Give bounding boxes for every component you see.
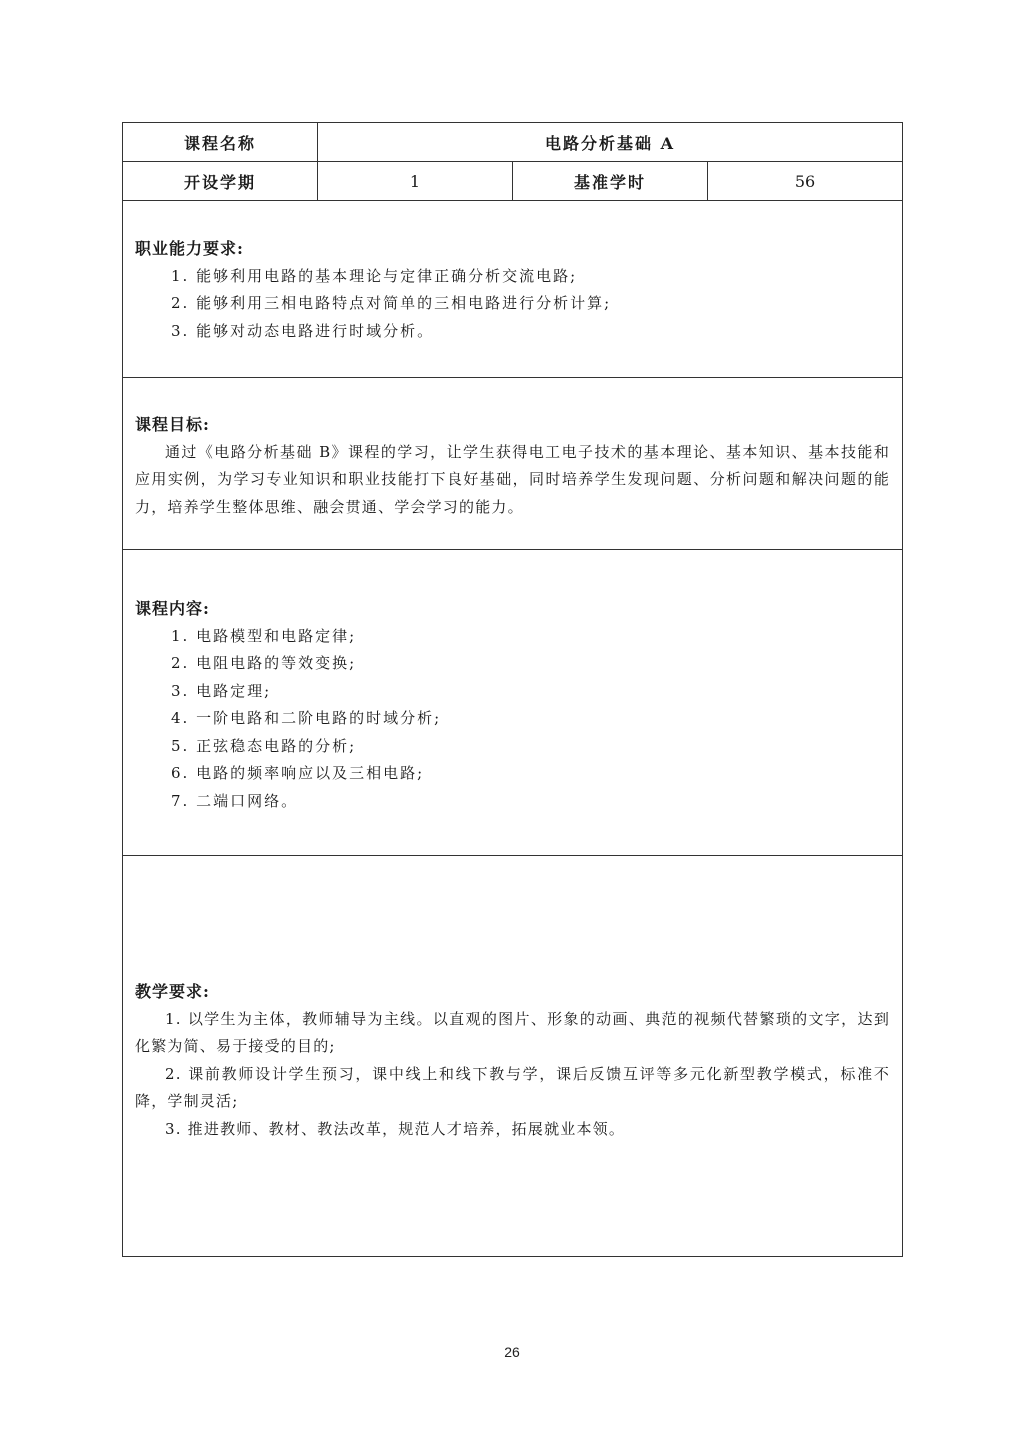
- hours-label: 基准学时: [513, 162, 708, 201]
- content-cell: 课程内容: 1. 电路模型和电路定律; 2. 电阻电路的等效变换; 3. 电路定…: [123, 550, 903, 856]
- objectives-row: 课程目标: 通过《电路分析基础 B》课程的学习，让学生获得电工电子技术的基本理论…: [123, 378, 903, 550]
- competency-item: 3. 能够对动态电路进行时域分析。: [135, 318, 890, 346]
- content-item: 6. 电路的频率响应以及三相电路;: [135, 760, 890, 788]
- teaching-title: 教学要求:: [135, 978, 890, 1006]
- content-item: 5. 正弦稳态电路的分析;: [135, 733, 890, 761]
- content-item: 1. 电路模型和电路定律;: [135, 623, 890, 651]
- course-table: 课程名称 电路分析基础 A 开设学期 1 基准学时 56 职业能力要求: 1. …: [122, 122, 903, 1257]
- content-item: 7. 二端口网络。: [135, 788, 890, 816]
- semester-value: 1: [318, 162, 513, 201]
- course-name-row: 课程名称 电路分析基础 A: [123, 123, 903, 162]
- content-item: 3. 电路定理;: [135, 678, 890, 706]
- teaching-section: 教学要求: 1. 以学生为主体，教师辅导为主线。以直观的图片、形象的动画、典范的…: [123, 856, 902, 1143]
- content-section: 课程内容: 1. 电路模型和电路定律; 2. 电阻电路的等效变换; 3. 电路定…: [123, 550, 902, 815]
- competency-item: 2. 能够利用三相电路特点对简单的三相电路进行分析计算;: [135, 290, 890, 318]
- teaching-row: 教学要求: 1. 以学生为主体，教师辅导为主线。以直观的图片、形象的动画、典范的…: [123, 856, 903, 1257]
- competency-item: 1. 能够利用电路的基本理论与定律正确分析交流电路;: [135, 263, 890, 291]
- objectives-cell: 课程目标: 通过《电路分析基础 B》课程的学习，让学生获得电工电子技术的基本理论…: [123, 378, 903, 550]
- content-row: 课程内容: 1. 电路模型和电路定律; 2. 电阻电路的等效变换; 3. 电路定…: [123, 550, 903, 856]
- teaching-item: 3. 推进教师、教材、教法改革，规范人才培养，拓展就业本领。: [135, 1116, 890, 1144]
- content-title: 课程内容:: [135, 595, 890, 623]
- content-item: 2. 电阻电路的等效变换;: [135, 650, 890, 678]
- course-name-label: 课程名称: [123, 123, 318, 162]
- objectives-title: 课程目标:: [135, 411, 890, 439]
- teaching-item: 1. 以学生为主体，教师辅导为主线。以直观的图片、形象的动画、典范的视频代替繁琐…: [135, 1006, 890, 1061]
- page-number: 26: [0, 1344, 1024, 1360]
- course-name-value: 电路分析基础 A: [318, 123, 903, 162]
- competency-title: 职业能力要求:: [135, 235, 890, 263]
- semester-label: 开设学期: [123, 162, 318, 201]
- teaching-item: 2. 课前教师设计学生预习，课中线上和线下教与学，课后反馈互评等多元化新型教学模…: [135, 1061, 890, 1116]
- semester-row: 开设学期 1 基准学时 56: [123, 162, 903, 201]
- competency-section: 职业能力要求: 1. 能够利用电路的基本理论与定律正确分析交流电路; 2. 能够…: [123, 201, 902, 345]
- teaching-cell: 教学要求: 1. 以学生为主体，教师辅导为主线。以直观的图片、形象的动画、典范的…: [123, 856, 903, 1257]
- content-item: 4. 一阶电路和二阶电路的时域分析;: [135, 705, 890, 733]
- objectives-section: 课程目标: 通过《电路分析基础 B》课程的学习，让学生获得电工电子技术的基本理论…: [123, 378, 902, 521]
- competency-cell: 职业能力要求: 1. 能够利用电路的基本理论与定律正确分析交流电路; 2. 能够…: [123, 201, 903, 378]
- objectives-text: 通过《电路分析基础 B》课程的学习，让学生获得电工电子技术的基本理论、基本知识、…: [135, 439, 890, 522]
- hours-value: 56: [708, 162, 903, 201]
- competency-row: 职业能力要求: 1. 能够利用电路的基本理论与定律正确分析交流电路; 2. 能够…: [123, 201, 903, 378]
